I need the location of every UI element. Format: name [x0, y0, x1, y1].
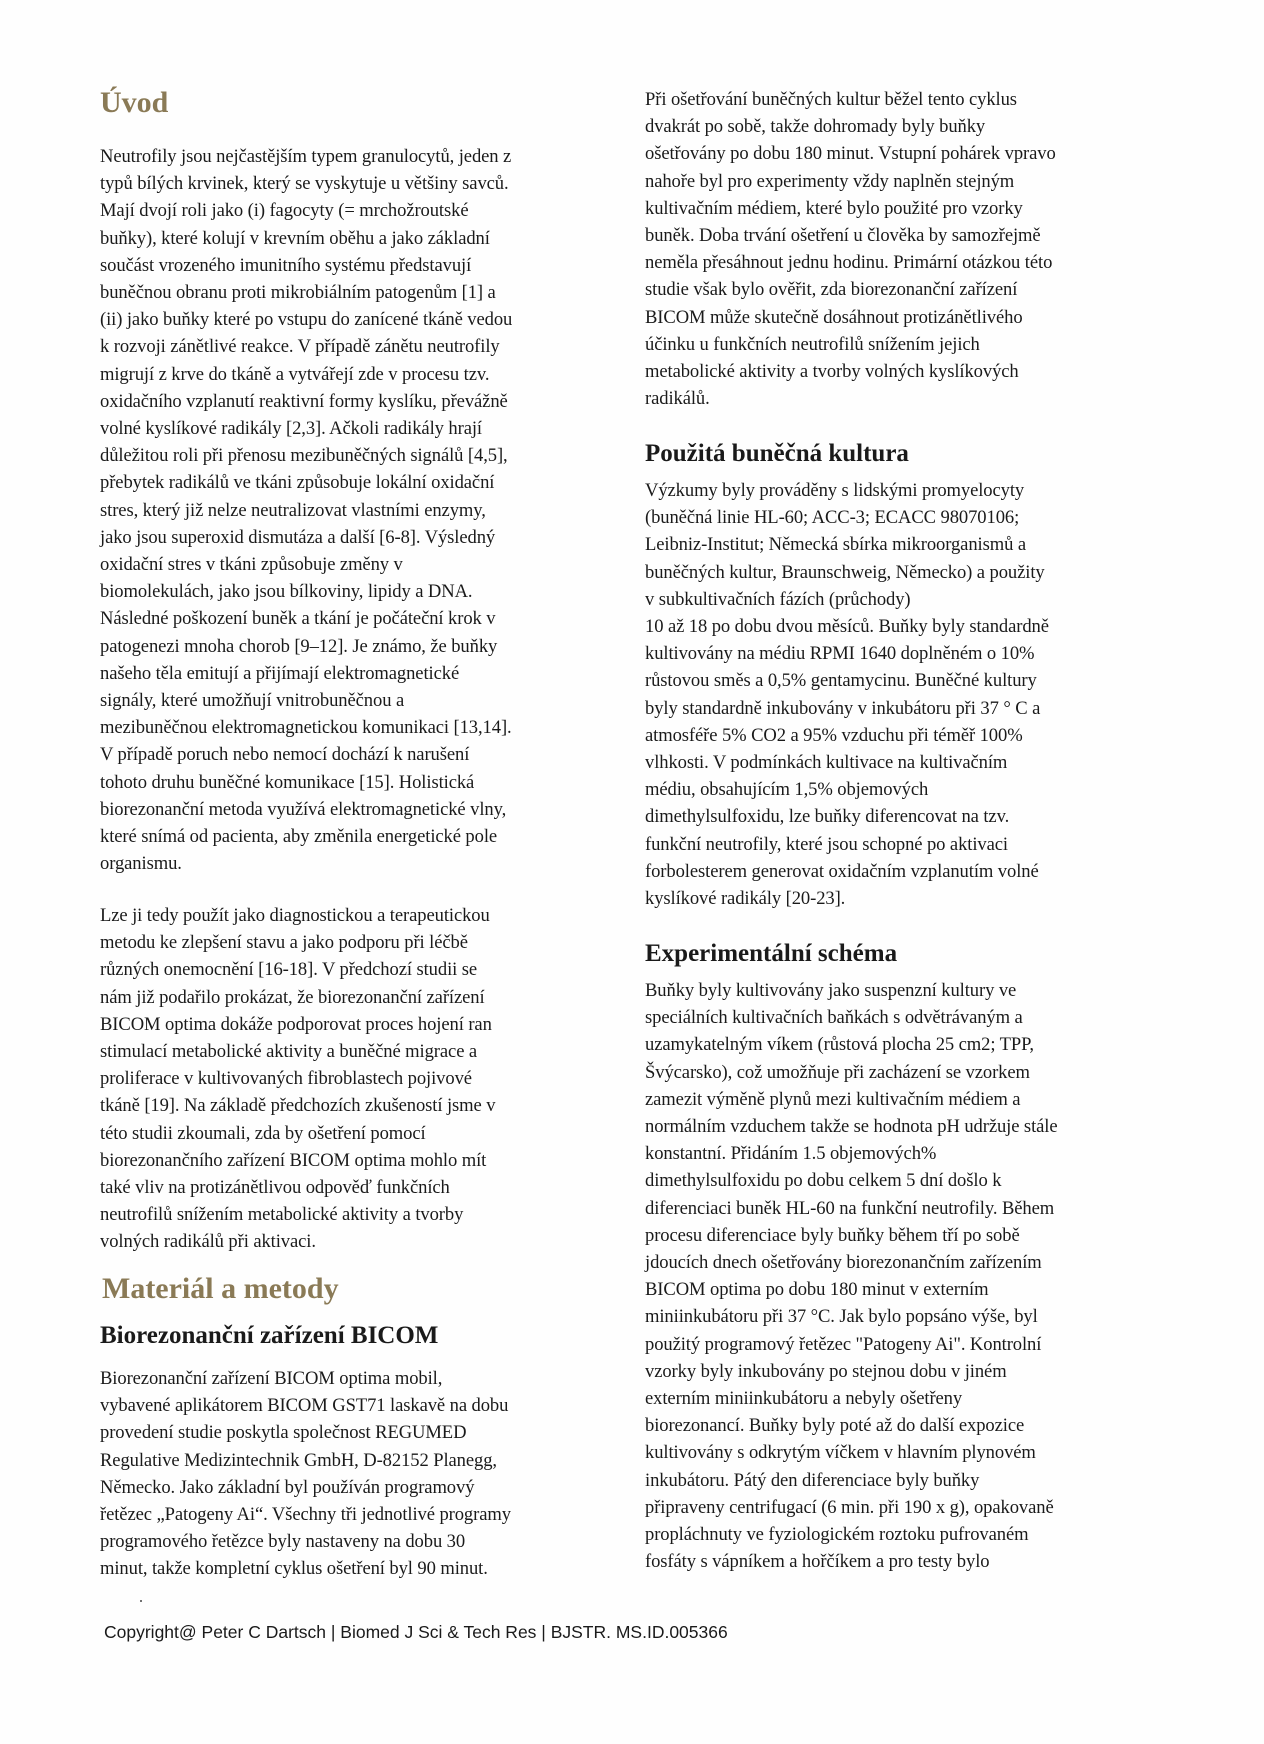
section-title-intro: Úvod	[100, 86, 168, 120]
footer-copyright: Copyright@ Peter C Dartsch | Biomed J Sc…	[104, 1622, 728, 1643]
text-line: V případě poruch nebo nemocí dochází k n…	[100, 741, 512, 768]
text-line: buněčnou obranu proti mikrobiálním patog…	[100, 279, 512, 306]
text-line: mezibuněčnou elektromagnetickou komunika…	[100, 714, 512, 741]
text-line: kultivačním médiem, které bylo použité p…	[645, 195, 1056, 222]
text-line: jdoucích dnech ošetřovány biorezonančním…	[645, 1249, 1058, 1276]
text-line: biorezonanční metoda využívá elektromagn…	[100, 796, 512, 823]
text-line: (buněčná linie HL-60; ACC-3; ECACC 98070…	[645, 504, 1049, 531]
text-line: stres, který již nelze neutralizovat vla…	[100, 497, 512, 524]
text-line: BICOM může skutečně dosáhnout protizánět…	[645, 304, 1056, 331]
text-line: volné kyslíkové radikály [2,3]. Ačkoli r…	[100, 415, 512, 442]
text-line: funkční neutrofily, které jsou schopné p…	[645, 831, 1049, 858]
text-line: nahoře byl pro experimenty vždy naplněn …	[645, 168, 1056, 195]
text-line: médiu, obsahujícím 1,5% objemových	[645, 776, 1049, 803]
text-line: metodu ke zlepšení stavu a jako podporu …	[100, 929, 495, 956]
text-line: minut, takže kompletní cyklus ošetření b…	[100, 1555, 511, 1582]
text-line: Následné poškození buněk a tkání je počá…	[100, 605, 512, 632]
text-line: normálním vzduchem takže se hodnota pH u…	[645, 1113, 1058, 1140]
subsection-title-device: Biorezonanční zařízení BICOM	[100, 1322, 438, 1350]
treatment-continuation-paragraph: Při ošetřování buněčných kultur běžel te…	[645, 86, 1056, 412]
text-line: zamezit výměně plynů mezi kultivačním mé…	[645, 1086, 1058, 1113]
text-line: Mají dvojí roli jako (i) fagocyty (= mrc…	[100, 197, 512, 224]
cell-culture-paragraph: Výzkumy byly prováděny s lidskými promye…	[645, 477, 1049, 912]
text-line: signály, které umožňují vnitrobuněčnou a	[100, 687, 512, 714]
text-line: konstantní. Přidáním 1.5 objemových%	[645, 1140, 1058, 1167]
text-line: řetězec „Patogeny Ai“. Všechny tři jedno…	[100, 1501, 511, 1528]
text-line: patogenezi mnoha chorob [9–12]. Je známo…	[100, 633, 512, 660]
text-line: oxidačního vzplanutí reaktivní formy kys…	[100, 388, 512, 415]
text-line: fosfáty s vápníkem a hořčíkem a pro test…	[645, 1548, 1058, 1575]
text-line: kultivovány na médiu RPMI 1640 doplněném…	[645, 640, 1049, 667]
text-line: v subkultivačních fázích (průchody)	[645, 586, 1049, 613]
text-line: dvakrát po sobě, takže dohromady byly bu…	[645, 113, 1056, 140]
text-line: tkáně [19]. Na základě předchozích zkuše…	[100, 1092, 495, 1119]
text-line: účinku u funkčních neutrofilů snížením j…	[645, 331, 1056, 358]
text-line: biomolekulách, jako jsou bílkoviny, lipi…	[100, 578, 512, 605]
text-line: dimethylsulfoxidu po dobu celkem 5 dní d…	[645, 1167, 1058, 1194]
text-line: Neutrofily jsou nejčastějším typem granu…	[100, 143, 512, 170]
document-page: Úvod Neutrofily jsou nejčastějším typem …	[0, 0, 1264, 1744]
text-line: také vliv na protizánětlivou odpověď fun…	[100, 1174, 495, 1201]
text-line: byly standardně inkubovány v inkubátoru …	[645, 695, 1049, 722]
text-line: (ii) jako buňky které po vstupu do zaníc…	[100, 306, 512, 333]
text-line: volných radikálů při aktivaci.	[100, 1228, 495, 1255]
text-line: dimethylsulfoxidu, lze buňky diferencova…	[645, 803, 1049, 830]
text-line: stimulací metabolické aktivity a buněčné…	[100, 1038, 495, 1065]
text-line: programového řetězce byly nastaveny na d…	[100, 1528, 511, 1555]
text-line: buněk. Doba trvání ošetření u člověka by…	[645, 222, 1056, 249]
text-line: ošetřovány po dobu 180 minut. Vstupní po…	[645, 140, 1056, 167]
text-line: inkubátoru. Pátý den diferenciace byly b…	[645, 1467, 1058, 1494]
text-line: důležitou roli při přenosu mezibuněčných…	[100, 442, 512, 469]
text-line: biorezonancí. Buňky byly poté až do dalš…	[645, 1412, 1058, 1439]
text-line: které snímá od pacienta, aby změnila ene…	[100, 823, 512, 850]
intro-paragraph-2: Lze ji tedy použít jako diagnostickou a …	[100, 902, 495, 1256]
text-line: neutrofilů snížením metabolické aktivity…	[100, 1201, 495, 1228]
text-line: procesu diferenciace byly buňky během tř…	[645, 1222, 1058, 1249]
experimental-paragraph: Buňky byly kultivovány jako suspenzní ku…	[645, 977, 1058, 1575]
text-line: tohoto druhu buněčné komunikace [15]. Ho…	[100, 769, 512, 796]
intro-paragraph-1: Neutrofily jsou nejčastějším typem granu…	[100, 143, 512, 877]
text-line: kyslíkové radikály [20-23].	[645, 885, 1049, 912]
text-line: vlhkosti. V podmínkách kultivace na kult…	[645, 749, 1049, 776]
text-line: Německo. Jako základní byl používán prog…	[100, 1474, 511, 1501]
text-line: součást vrozeného imunitního systému pře…	[100, 252, 512, 279]
text-line: externím miniinkubátoru a nebyly ošetřen…	[645, 1385, 1058, 1412]
text-line: Buňky byly kultivovány jako suspenzní ku…	[645, 977, 1058, 1004]
text-line: provedení studie poskytla společnost REG…	[100, 1419, 511, 1446]
section-title-methods: Materiál a metody	[102, 1272, 339, 1306]
text-line: Leibniz-Institut; Německá sbírka mikroor…	[645, 531, 1049, 558]
text-line: buňky), které kolují v krevním oběhu a j…	[100, 225, 512, 252]
text-line: Švýcarsko), což umožňuje při zacházení s…	[645, 1059, 1058, 1086]
text-line: různých onemocnění [16-18]. V předchozí …	[100, 956, 495, 983]
text-line: radikálů.	[645, 385, 1056, 412]
text-line: růstovou směs a 0,5% gentamycinu. Buněčn…	[645, 667, 1049, 694]
text-line: organismu.	[100, 850, 512, 877]
text-line: migrují z krve do tkáně a vytvářejí zde …	[100, 361, 512, 388]
text-line: propláchnuty ve fyziologickém roztoku pu…	[645, 1521, 1058, 1548]
text-line: oxidační stres v tkáni způsobuje změny v	[100, 551, 512, 578]
text-line: forbolesterem generovat oxidačním vzplan…	[645, 858, 1049, 885]
text-line: našeho těla emitují a přijímají elektrom…	[100, 660, 512, 687]
text-line: typů bílých krvinek, který se vyskytuje …	[100, 170, 512, 197]
text-line: speciálních kultivačních baňkách s odvět…	[645, 1004, 1058, 1031]
text-line: Výzkumy byly prováděny s lidskými promye…	[645, 477, 1049, 504]
text-line: 10 až 18 po dobu dvou měsíců. Buňky byly…	[645, 613, 1049, 640]
text-line: Regulative Medizintechnik GmbH, D-82152 …	[100, 1447, 511, 1474]
text-line: vzorky byly inkubovány po stejnou dobu v…	[645, 1358, 1058, 1385]
text-line: k rozvoji zánětlivé reakce. V případě zá…	[100, 333, 512, 360]
text-line: Lze ji tedy použít jako diagnostickou a …	[100, 902, 495, 929]
text-line: použitý programový řetězec "Patogeny Ai"…	[645, 1331, 1058, 1358]
text-line: uzamykatelným víkem (růstová plocha 25 c…	[645, 1031, 1058, 1058]
text-line: přebytek radikálů ve tkáni způsobuje lok…	[100, 469, 512, 496]
scan-artifact-dot	[140, 1600, 142, 1602]
device-paragraph: Biorezonanční zařízení BICOM optima mobi…	[100, 1365, 511, 1583]
text-line: Při ošetřování buněčných kultur běžel te…	[645, 86, 1056, 113]
text-line: biorezonančního zařízení BICOM optima mo…	[100, 1147, 495, 1174]
subsection-title-cell-culture: Použitá buněčná kultura	[645, 440, 909, 468]
text-line: nám již podařilo prokázat, že biorezonan…	[100, 984, 495, 1011]
text-line: vybavené aplikátorem BICOM GST71 laskavě…	[100, 1392, 511, 1419]
text-line: proliferace v kultivovaných fibroblastec…	[100, 1065, 495, 1092]
text-line: neměla přesáhnout jednu hodinu. Primární…	[645, 249, 1056, 276]
text-line: atmosféře 5% CO2 a 95% vzduchu při téměř…	[645, 722, 1049, 749]
text-line: kultivovány s odkrytým víčkem v hlavním …	[645, 1439, 1058, 1466]
text-line: jako jsou superoxid dismutáza a další [6…	[100, 524, 512, 551]
text-line: BICOM optima po dobu 180 minut v externí…	[645, 1276, 1058, 1303]
subsection-title-experimental: Experimentální schéma	[645, 940, 897, 968]
text-line: miniinkubátoru při 37 °C. Jak bylo popsá…	[645, 1303, 1058, 1330]
text-line: studie však bylo ověřit, zda biorezonanč…	[645, 276, 1056, 303]
text-line: BICOM optima dokáže podporovat proces ho…	[100, 1011, 495, 1038]
text-line: metabolické aktivity a tvorby volných ky…	[645, 358, 1056, 385]
text-line: připraveny centrifugací (6 min. při 190 …	[645, 1494, 1058, 1521]
text-line: Biorezonanční zařízení BICOM optima mobi…	[100, 1365, 511, 1392]
text-line: této studii zkoumali, zda by ošetření po…	[100, 1120, 495, 1147]
text-line: diferenciaci buněk HL-60 na funkční neut…	[645, 1195, 1058, 1222]
text-line: buněčných kultur, Braunschweig, Německo)…	[645, 559, 1049, 586]
